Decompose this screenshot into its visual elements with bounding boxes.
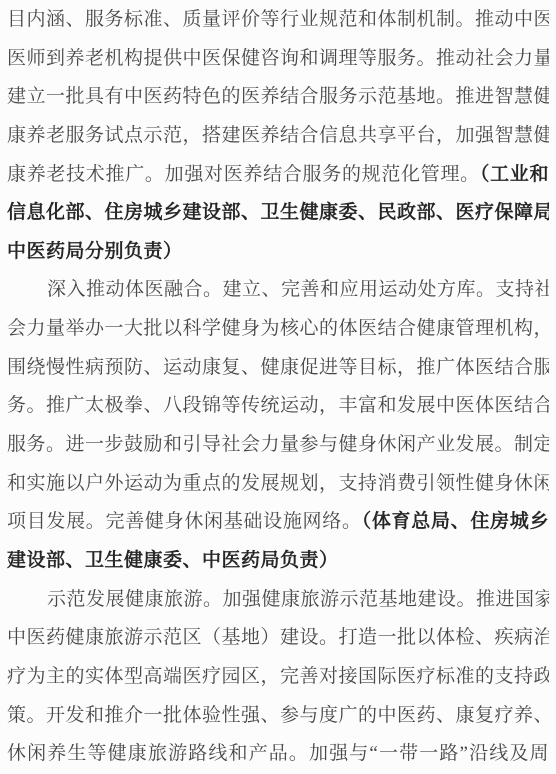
text-line: 会力量举办一大批以科学健身为核心的体医结合健康管理机构， bbox=[7, 310, 549, 349]
text-line: 围绕慢性病预防、运动康复、健康促进等目标，推广体医结合服 bbox=[7, 349, 549, 388]
text-line: 休闲养生等健康旅游路线和产品。加强与“一带一路”沿线及周 bbox=[7, 735, 549, 774]
body-text-segment: 围绕慢性病预防、运动康复、健康促进等目标，推广体医结合服 bbox=[7, 357, 549, 378]
text-line: 深入推动体医融合。建立、完善和应用运动处方库。支持社 bbox=[7, 271, 549, 310]
body-text-segment: 中医药健康旅游示范区（基地）建设。打造一批以体检、疾病治 bbox=[7, 627, 549, 648]
text-line: 建立一批具有中医药特色的医养结合服务示范基地。推进智慧健 bbox=[7, 78, 549, 117]
text-line: 和实施以户外运动为重点的发展规划，支持消费引领性健身休闲 bbox=[7, 465, 549, 504]
text-line: 信息化部、住房城乡建设部、卫生健康委、民政部、医疗保障局、 bbox=[7, 194, 549, 233]
body-text-segment: 务。推广太极拳、八段锦等传统运动，丰富和发展中医体医结合 bbox=[7, 395, 549, 416]
body-text-segment: 休闲养生等健康旅游路线和产品。加强与“一带一路”沿线及周 bbox=[7, 743, 549, 764]
body-text-segment: 康养老技术推广。加强对医养结合服务的规范化管理。 bbox=[7, 164, 480, 185]
body-text-segment: 疗为主的实体型高端医疗园区，完善对接国际医疗标准的支持政 bbox=[7, 666, 549, 687]
text-line: 康养老技术推广。加强对医养结合服务的规范化管理。（工业和 bbox=[7, 156, 549, 195]
text-line: 疗为主的实体型高端医疗园区，完善对接国际医疗标准的支持政 bbox=[7, 658, 549, 697]
body-text-segment: 会力量举办一大批以科学健身为核心的体医结合健康管理机构， bbox=[7, 318, 549, 339]
text-line: 服务。进一步鼓励和引导社会力量参与健身休闲产业发展。制定 bbox=[7, 426, 549, 465]
text-line: 中医药健康旅游示范区（基地）建设。打造一批以体检、疾病治 bbox=[7, 619, 549, 658]
bold-department-segment: （体育总局、住房城乡 bbox=[362, 511, 549, 532]
body-text-segment: 和实施以户外运动为重点的发展规划，支持消费引领性健身休闲 bbox=[7, 473, 549, 494]
text-line: 医师到养老机构提供中医保健咨询和调理等服务。推动社会力量 bbox=[7, 40, 549, 79]
bold-department-segment: 信息化部、住房城乡建设部、卫生健康委、民政部、医疗保障局、 bbox=[7, 202, 549, 223]
bold-department-segment: （工业和 bbox=[480, 164, 549, 185]
body-text-segment: 医师到养老机构提供中医保健咨询和调理等服务。推动社会力量 bbox=[7, 48, 549, 69]
text-line: 康养老服务试点示范，搭建医养结合信息共享平台，加强智慧健 bbox=[7, 117, 549, 156]
text-line: 中医药局分别负责） bbox=[7, 233, 549, 272]
text-line: 务。推广太极拳、八段锦等传统运动，丰富和发展中医体医结合 bbox=[7, 387, 549, 426]
body-text-segment: 项目发展。完善健身休闲基础设施网络。 bbox=[7, 511, 362, 532]
document-text-block: 目内涵、服务标准、质量评价等行业规范和体制机制。推动中医医师到养老机构提供中医保… bbox=[7, 1, 549, 774]
text-line: 项目发展。完善健身休闲基础设施网络。（体育总局、住房城乡 bbox=[7, 503, 549, 542]
body-text-segment: 服务。进一步鼓励和引导社会力量参与健身休闲产业发展。制定 bbox=[7, 434, 549, 455]
text-line: 建设部、卫生健康委、中医药局负责） bbox=[7, 542, 549, 581]
body-text-segment: 深入推动体医融合。建立、完善和应用运动处方库。支持社 bbox=[47, 279, 549, 300]
bold-department-segment: 建设部、卫生健康委、中医药局负责） bbox=[7, 550, 339, 571]
body-text-segment: 建立一批具有中医药特色的医养结合服务示范基地。推进智慧健 bbox=[7, 86, 549, 107]
document-page: 目内涵、服务标准、质量评价等行业规范和体制机制。推动中医医师到养老机构提供中医保… bbox=[0, 0, 556, 774]
text-line: 目内涵、服务标准、质量评价等行业规范和体制机制。推动中医 bbox=[7, 1, 549, 40]
text-line: 示范发展健康旅游。加强健康旅游示范基地建设。推进国家 bbox=[7, 581, 549, 620]
body-text-segment: 康养老服务试点示范，搭建医养结合信息共享平台，加强智慧健 bbox=[7, 125, 549, 146]
bold-department-segment: 中医药局分别负责） bbox=[7, 241, 183, 262]
body-text-segment: 目内涵、服务标准、质量评价等行业规范和体制机制。推动中医 bbox=[7, 9, 549, 30]
body-text-segment: 策。开发和推介一批体验性强、参与度广的中医药、康复疗养、 bbox=[7, 705, 549, 726]
body-text-segment: 示范发展健康旅游。加强健康旅游示范基地建设。推进国家 bbox=[47, 589, 549, 610]
text-line: 策。开发和推介一批体验性强、参与度广的中医药、康复疗养、 bbox=[7, 697, 549, 736]
